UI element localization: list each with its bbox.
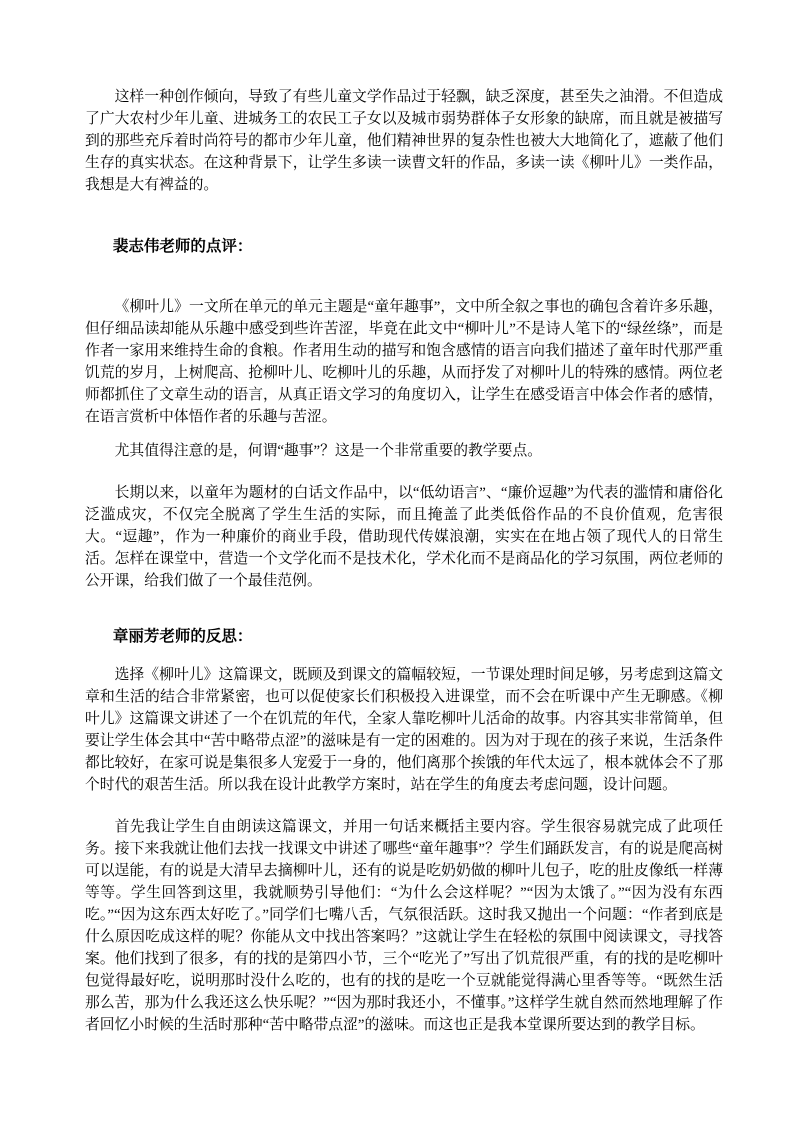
paragraph: 尤其值得注意的是，何谓“趣事”？这是一个非常重要的教学要点。: [85, 440, 723, 462]
document-page: 这样一种创作倾向，导致了有些儿童文学作品过于轻飘，缺乏深度，甚至失之油滑。不但造…: [0, 0, 794, 1123]
paragraph: 这样一种创作倾向，导致了有些儿童文学作品过于轻飘，缺乏深度，甚至失之油滑。不但造…: [85, 86, 723, 196]
document-content: 这样一种创作倾向，导致了有些儿童文学作品过于轻飘，缺乏深度，甚至失之油滑。不但造…: [0, 0, 794, 1036]
section-heading: 裴志伟老师的点评：: [85, 236, 723, 258]
paragraph: 首先我让学生自由朗读这篇课文，并用一句话来概括主要内容。学生很容易就完成了此项任…: [85, 816, 723, 1036]
section-heading: 章丽芳老师的反思：: [85, 626, 723, 648]
paragraph: 选择《柳叶儿》这篇课文，既顾及到课文的篇幅较短，一节课处理时间足够，另考虑到这篇…: [85, 664, 723, 796]
paragraph: 长期以来，以童年为题材的白话文作品中，以“低幼语言”、“廉价逗趣”为代表的滥情和…: [85, 482, 723, 592]
paragraph: 《柳叶儿》一文所在单元的单元主题是“童年趣事”，文中所全叙之事也的确包含着许多乐…: [85, 296, 723, 428]
